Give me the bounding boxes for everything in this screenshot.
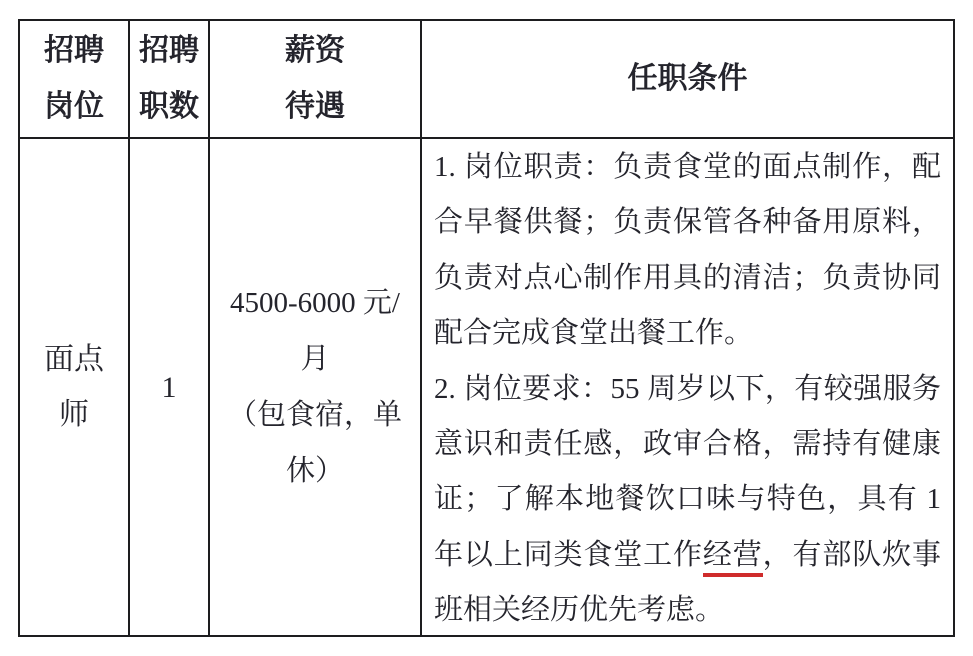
header-cell-position: 招聘 岗位 bbox=[20, 21, 130, 139]
requirement-line: 配合完成食堂出餐工作。 bbox=[434, 306, 941, 361]
cell-salary: 4500-6000 元/ 月 （包食宿，单 休） bbox=[210, 139, 422, 635]
requirement-line: 班相关经历优先考虑。 bbox=[434, 583, 941, 635]
salary-line2: 月 bbox=[300, 331, 329, 387]
requirement-line: 证；了解本地餐饮口味与特色，具有 1 bbox=[434, 472, 941, 527]
header-position-line1: 招聘 bbox=[44, 23, 104, 79]
header-headcount-line2: 职数 bbox=[139, 79, 199, 135]
requirement-segment: 年以上同类食堂工作 bbox=[434, 539, 703, 571]
requirement-segment: ，有部队炊事 bbox=[763, 539, 941, 571]
red-underlined-text: 经营 bbox=[703, 539, 763, 577]
header-cell-requirements: 任职条件 bbox=[422, 21, 953, 139]
requirement-line: 1. 岗位职责：负责食堂的面点制作，配 bbox=[434, 140, 941, 195]
page: { "colors": { "border": "#1d1d1f", "text… bbox=[0, 0, 973, 656]
requirement-line: 合早餐供餐；负责保管各种备用原料， bbox=[434, 195, 941, 250]
header-cell-salary: 薪资 待遇 bbox=[210, 21, 422, 139]
header-cell-headcount: 招聘 职数 bbox=[130, 21, 210, 139]
header-salary-line1: 薪资 bbox=[285, 23, 345, 79]
headcount-value: 1 bbox=[162, 360, 177, 415]
requirement-line: 2. 岗位要求：55 周岁以下，有较强服务 bbox=[434, 362, 941, 417]
cell-requirements: 1. 岗位职责：负责食堂的面点制作，配 合早餐供餐；负责保管各种备用原料， 负责… bbox=[422, 139, 953, 635]
header-salary-line2: 待遇 bbox=[285, 79, 345, 135]
requirement-line-with-underline: 年以上同类食堂工作经营，有部队炊事 bbox=[434, 528, 941, 583]
position-line2: 师 bbox=[59, 387, 89, 442]
salary-line4: 休） bbox=[286, 443, 344, 499]
header-position-line2: 岗位 bbox=[44, 79, 104, 135]
salary-line3: （包食宿，单 bbox=[228, 387, 402, 443]
cell-position: 面点 师 bbox=[20, 139, 130, 635]
header-headcount-line1: 招聘 bbox=[139, 23, 199, 79]
position-line1: 面点 bbox=[44, 332, 104, 387]
requirement-line: 意识和责任感，政审合格，需持有健康 bbox=[434, 417, 941, 472]
requirement-line: 负责对点心制作用具的清洁；负责协同 bbox=[434, 251, 941, 306]
header-requirements-label: 任职条件 bbox=[628, 51, 748, 107]
recruitment-table: 招聘 岗位 招聘 职数 薪资 待遇 任职条件 面点 师 1 4500-6000 … bbox=[18, 19, 955, 637]
cell-headcount: 1 bbox=[130, 139, 210, 635]
salary-line1: 4500-6000 元/ bbox=[230, 275, 400, 331]
